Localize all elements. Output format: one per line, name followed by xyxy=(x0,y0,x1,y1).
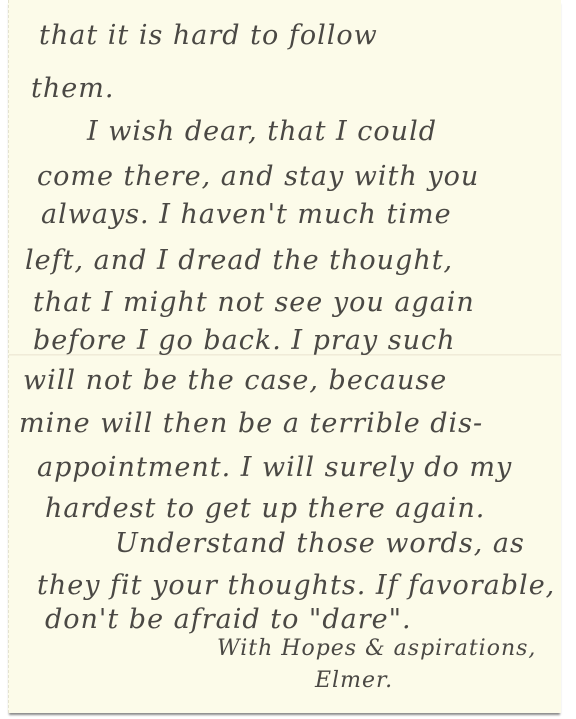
letter-line: Understand those words, as xyxy=(115,528,525,559)
letter-line: them. xyxy=(31,73,114,104)
letter-line: come there, and stay with you xyxy=(37,161,479,192)
letter-line: that it is hard to follow xyxy=(39,20,378,51)
signature: Elmer. xyxy=(315,668,393,693)
letter-line: mine will then be a terrible dis- xyxy=(19,408,483,439)
letter-line: will not be the case, because xyxy=(23,365,447,396)
letter-line: hardest to get up there again. xyxy=(45,493,485,524)
letter-page: that it is hard to follow them. I wish d… xyxy=(8,0,561,713)
letter-line: before I go back. I pray such xyxy=(33,325,456,356)
letter-line: that I might not see you again xyxy=(33,287,475,318)
letter-line: left, and I dread the thought, xyxy=(25,245,453,276)
letter-line: they fit your thoughts. If favorable, xyxy=(37,570,555,601)
closing-line: With Hopes & aspirations, xyxy=(217,636,536,661)
letter-line: always. I haven't much time xyxy=(41,199,452,230)
letter-line: appointment. I will surely do my xyxy=(37,452,512,483)
letter-line: don't be afraid to "dare". xyxy=(45,604,412,635)
letter-line: I wish dear, that I could xyxy=(87,116,437,147)
